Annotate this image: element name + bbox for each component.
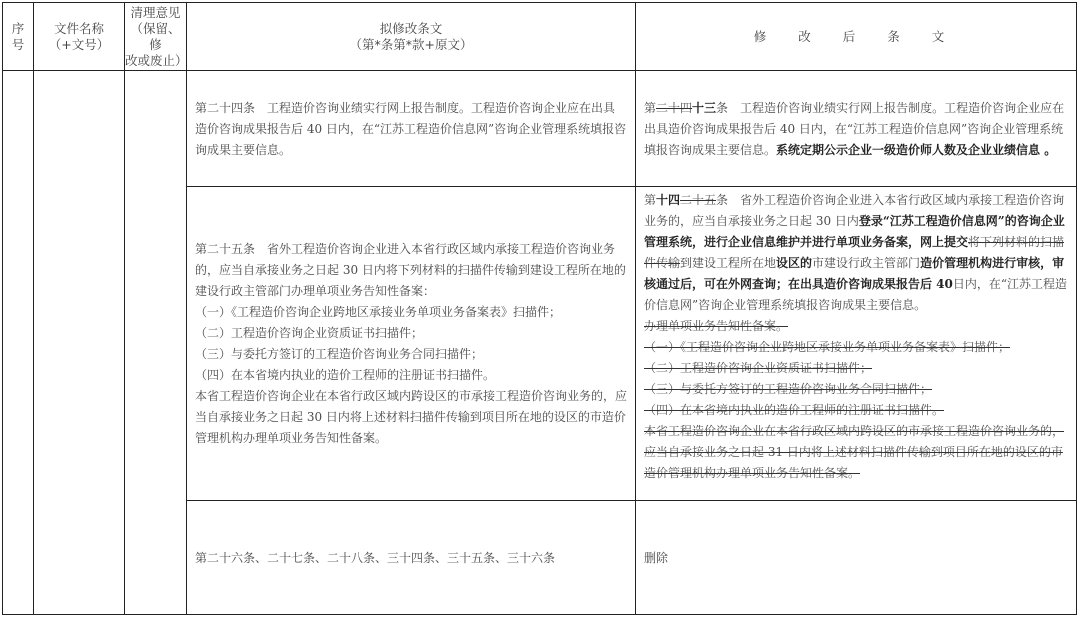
- header-revised-article: 修 改 后 条 文: [636, 3, 1076, 70]
- row2-revised: 第十四二十五条 省外工程造价咨询企业进入本省行政区域内承接工程造价咨询业务的，应…: [636, 190, 1076, 500]
- deleted-number: 二十四: [656, 101, 692, 115]
- revision-table: 序 号 文件名称 （+文号） 清理意见 （保留、修 改或废止） 拟修改条文 （第…: [2, 2, 1077, 615]
- article-text: 第十四二十五条 省外工程造价咨询企业进入本省行政区域内承接工程造价咨询业务的，应…: [644, 190, 1068, 316]
- list-item: （四）在本省境内执业的造价工程师的注册证书扫描件。: [195, 365, 627, 386]
- inserted-number: 十三: [692, 101, 716, 115]
- row3-revised: 删除: [636, 502, 1076, 614]
- row-divider: [186, 500, 1076, 501]
- header-divider: [3, 70, 1076, 71]
- row1-original: 第二十四条 工程造价咨询业绩实行网上报告制度。工程造价咨询企业应在出具造价咨询成…: [187, 72, 635, 186]
- list-item: （一）《工程造价咨询企业跨地区承接业务单项业务备案表》扫描件；: [195, 302, 627, 323]
- header-original-article: 拟修改条文 （第*条第*款+原文）: [187, 3, 635, 70]
- deleted-list-item: （四）在本省境内执业的造价工程师的注册证书扫描件。: [644, 400, 1068, 421]
- row2-original: 第二十五条 省外工程造价咨询企业进入本省行政区域内承接工程造价咨询业务的，应当自…: [187, 188, 635, 500]
- article-number: 第二十四条: [195, 101, 255, 115]
- header-text: （+文号）: [49, 37, 109, 53]
- deleted-list-item: （三）与委托方签订的工程造价咨询业务合同扫描件；: [644, 379, 1068, 400]
- column-divider: [33, 3, 34, 614]
- header-text: 号: [12, 37, 25, 53]
- header-text: （第*条第*款+原文）: [350, 37, 473, 53]
- inserted-number: 十四: [656, 193, 680, 207]
- article-suffix: 条: [716, 193, 728, 207]
- row1-revised: 第二十四十三条 工程造价咨询业绩实行网上报告制度。工程造价咨询企业应在出具造价咨…: [636, 72, 1076, 186]
- deleted-number: 二十五: [680, 193, 716, 207]
- row3-original: 第二十六条、二十七条、二十八条、三十四条、三十五条、三十六条: [187, 502, 635, 614]
- column-divider: [124, 3, 125, 614]
- header-text: 清理意见: [130, 5, 180, 21]
- header-text: 拟修改条文: [380, 21, 443, 37]
- article-intro: 第二十五条 省外工程造价咨询企业进入本省行政区域内承接工程造价咨询业务的，应当自…: [195, 239, 627, 302]
- article-suffix: 条: [716, 101, 728, 115]
- article-text: 第二十四条 工程造价咨询业绩实行网上报告制度。工程造价咨询企业应在出具造价咨询成…: [195, 98, 627, 161]
- header-seq-no: 序 号: [3, 3, 33, 70]
- article-body: 市建设行政主管部门: [812, 256, 920, 270]
- header-cleanup-opinion: 清理意见 （保留、修 改或废止）: [125, 3, 186, 70]
- article-text: 第二十四十三条 工程造价咨询业绩实行网上报告制度。工程造价咨询企业应在出具造价咨…: [644, 98, 1068, 161]
- header-text: 文件名称: [54, 21, 104, 37]
- list-item: （三）与委托方签订的工程造价咨询业务合同扫描件；: [195, 344, 627, 365]
- article-list: 第二十六条、二十七条、二十八条、三十四条、三十五条、三十六条: [195, 548, 627, 569]
- header-file-name: 文件名称 （+文号）: [34, 3, 124, 70]
- added-text: 系统定期公示企业一级造价师人数及企业业绩信息 。: [776, 143, 1056, 157]
- article-prefix: 第: [644, 193, 656, 207]
- deletion-note: 删除: [644, 548, 1068, 569]
- article-prefix: 第: [644, 101, 656, 115]
- deleted-closing: 本省工程造价咨询企业在本省行政区域内跨设区的市承接工程造价咨询业务的，应当自承接…: [644, 421, 1068, 484]
- header-text: （保留、修: [125, 21, 186, 53]
- article-body: 省外工程造价咨询企业进入本省行政区域内承接工程造价咨询业务的，应当自承接业务之日…: [195, 242, 626, 298]
- deleted-text: 办理单项业务告知性备案。: [644, 316, 1068, 337]
- deleted-list-item: （二）工程造价咨询企业资质证书扫描件；: [644, 358, 1068, 379]
- row-divider: [186, 186, 1076, 187]
- header-text: 序: [12, 21, 25, 37]
- header-text: 改或废止）: [125, 53, 186, 69]
- header-text: 修 改 后 条 文: [754, 29, 958, 45]
- added-text: 设区的: [776, 256, 812, 270]
- article-body: 工程造价咨询业绩实行网上报告制度。工程造价咨询企业应在出具造价咨询成果报告后 4…: [195, 101, 626, 157]
- deleted-list-item: （一）《工程造价咨询企业跨地区承接业务单项业务备案表》扫描件；: [644, 337, 1068, 358]
- article-body: 到建设工程所在地: [680, 256, 776, 270]
- list-item: （二）工程造价咨询企业资质证书扫描件；: [195, 323, 627, 344]
- article-number: 第二十五条: [195, 242, 255, 256]
- article-closing: 本省工程造价咨询企业在本省行政区域内跨设区的市承接工程造价咨询业务的，应当自承接…: [195, 386, 627, 449]
